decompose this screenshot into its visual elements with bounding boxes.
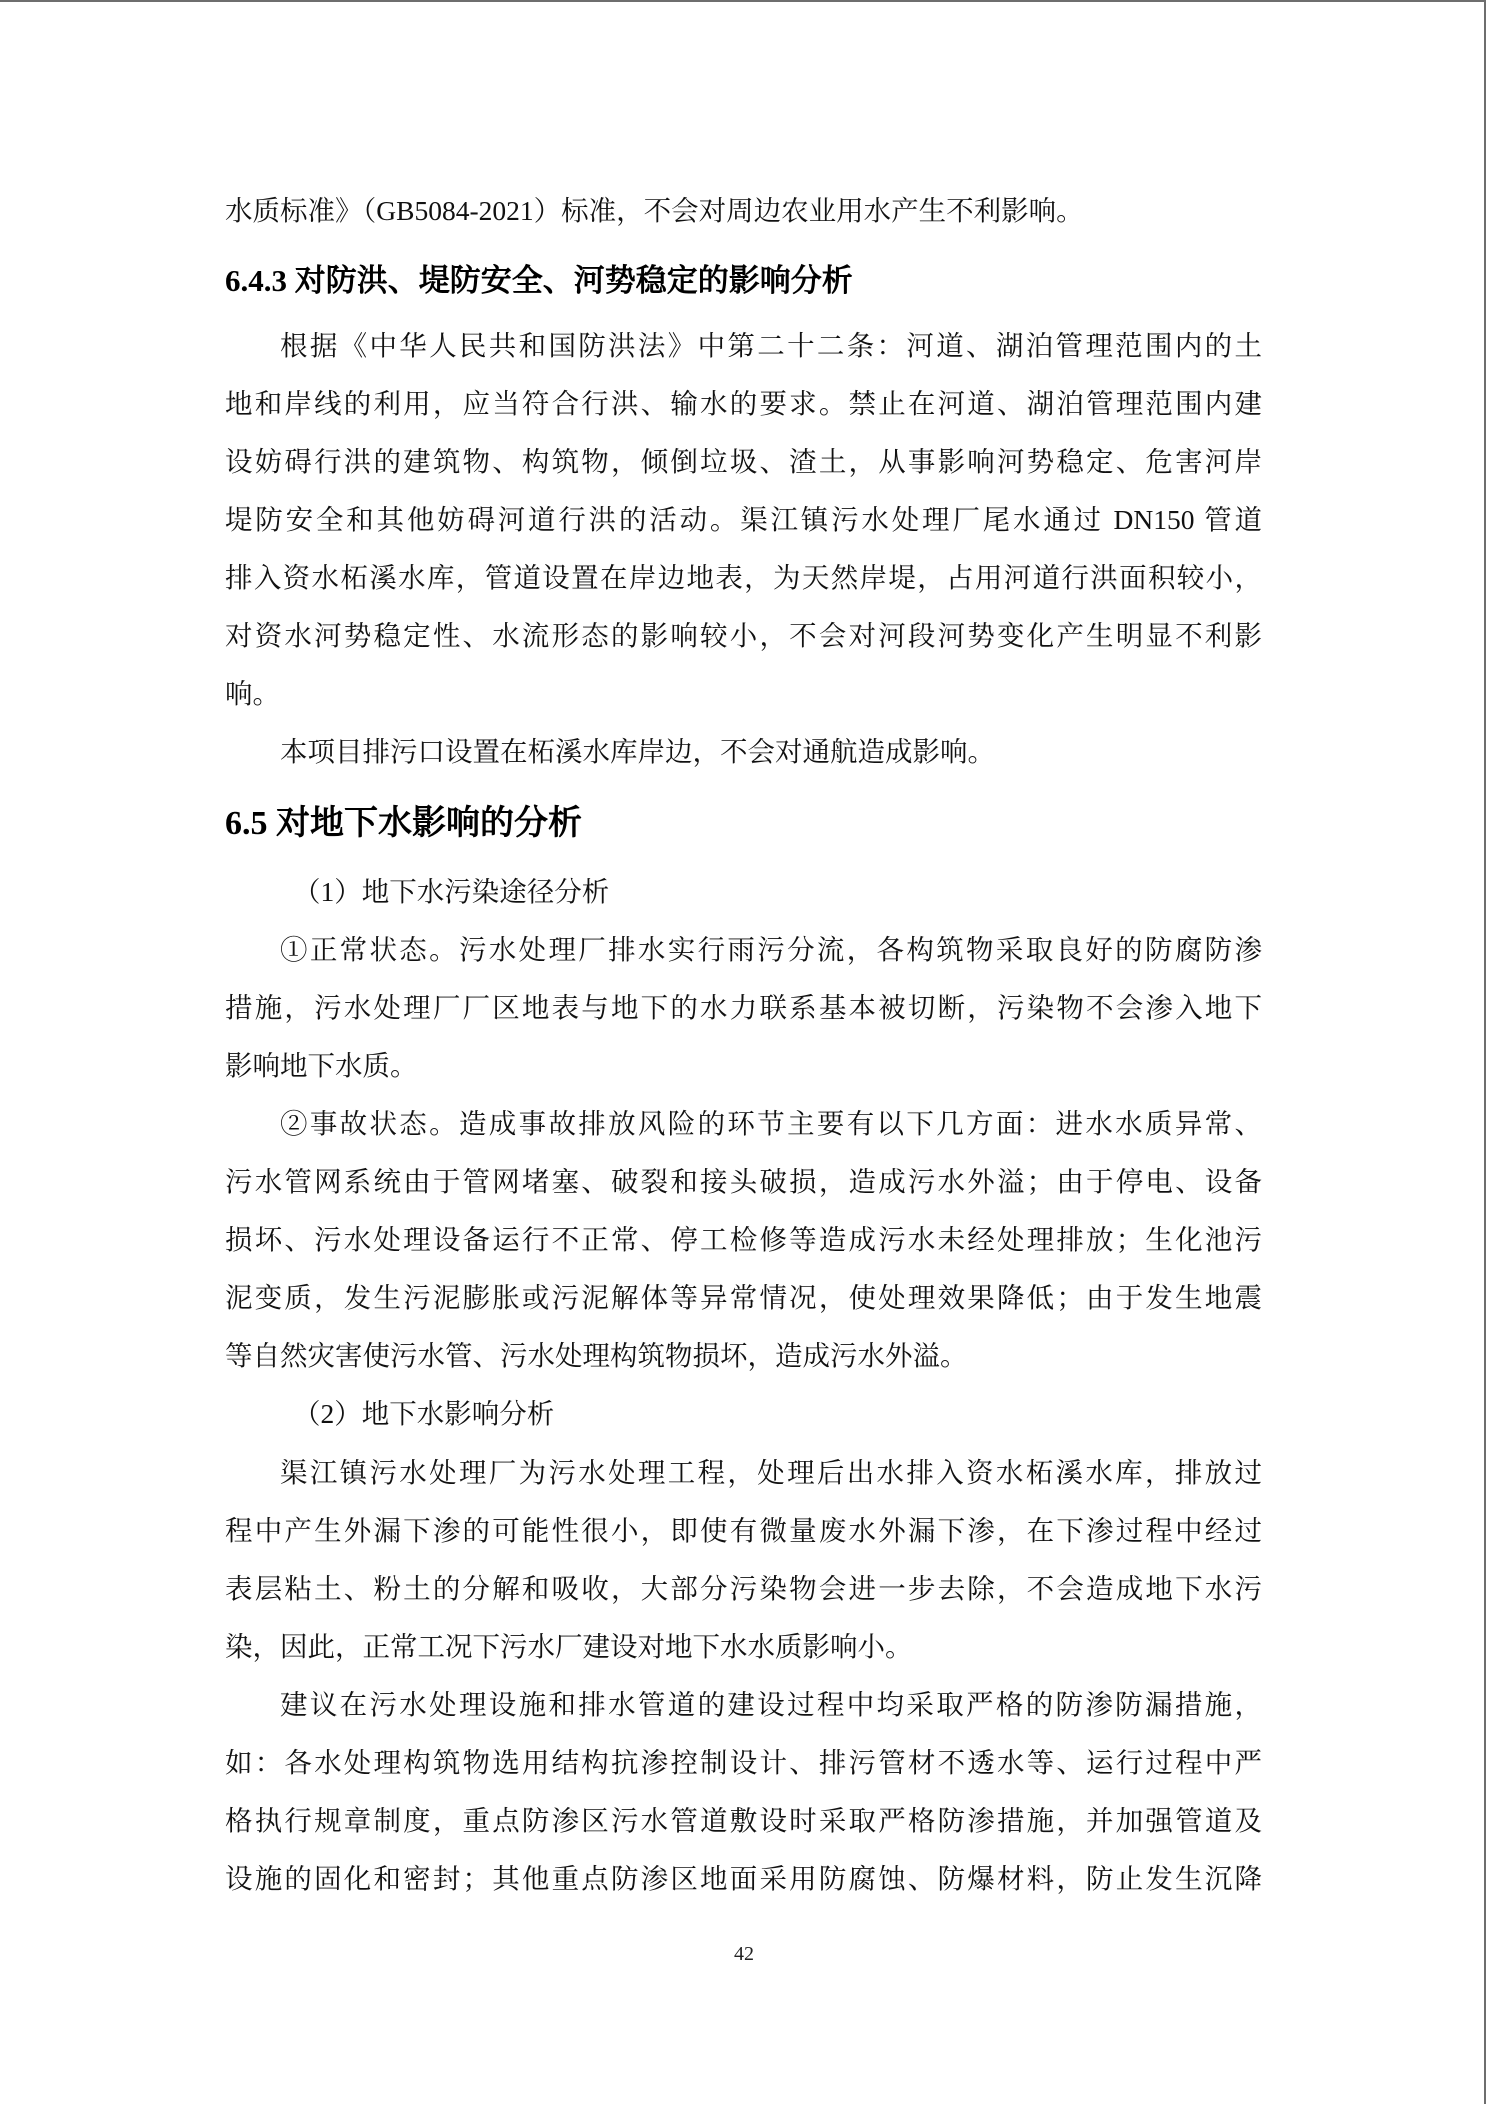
page-number: 42 [0,1942,1488,1966]
subheading-pollution-pathway: （1）地下水污染途径分析 [293,872,609,912]
body-text-line: 地和岸线的利用，应当符合行洪、输水的要求。禁止在河道、湖泊管理范围内建 [225,384,1262,424]
section-heading-6-5: 6.5 对地下水影响的分析 [225,800,582,848]
body-text-line: 根据《中华人民共和国防洪法》中第二十二条：河道、湖泊管理范围内的土 [280,326,1262,366]
body-text-line: 泥变质，发生污泥膨胀或污泥解体等异常情况，使处理效果降低；由于发生地震 [225,1278,1262,1318]
body-text-line: 设妨碍行洪的建筑物、构筑物，倾倒垃圾、渣土，从事影响河势稳定、危害河岸 [225,442,1262,482]
body-text-line: 本项目排污口设置在柘溪水库岸边，不会对通航造成影响。 [280,732,1262,772]
body-text-line: 染，因此，正常工况下污水厂建设对地下水水质影响小。 [225,1627,1262,1667]
body-text-line: 水质标准》（GB5084-2021）标准，不会对周边农业用水产生不利影响。 [225,191,1262,231]
body-text-line: 程中产生外漏下渗的可能性很小，即使有微量废水外漏下渗，在下渗过程中经过 [225,1511,1262,1551]
body-text-line: 渠江镇污水处理厂为污水处理工程，处理后出水排入资水柘溪水库，排放过 [280,1453,1262,1493]
document-page: 水质标准》（GB5084-2021）标准，不会对周边农业用水产生不利影响。 6.… [0,0,1486,2104]
section-heading-6-4-3: 6.4.3 对防洪、堤防安全、河势稳定的影响分析 [225,259,853,303]
subheading-groundwater-impact: （2）地下水影响分析 [293,1394,554,1434]
body-text-line: 如：各水处理构筑物选用结构抗渗控制设计、排污管材不透水等、运行过程中严 [225,1743,1262,1783]
body-text-line: 污水管网系统由于管网堵塞、破裂和接头破损，造成污水外溢；由于停电、设备 [225,1162,1262,1202]
body-text-line: 堤防安全和其他妨碍河道行洪的活动。渠江镇污水处理厂尾水通过 DN150 管道 [225,500,1262,540]
body-text-line: 对资水河势稳定性、水流形态的影响较小，不会对河段河势变化产生明显不利影 [225,616,1262,656]
body-text-line: ①正常状态。污水处理厂排水实行雨污分流，各构筑物采取良好的防腐防渗 [280,930,1262,970]
body-text-line: 措施，污水处理厂厂区地表与地下的水力联系基本被切断，污染物不会渗入地下 [225,988,1262,1028]
body-text-line: 表层粘土、粉土的分解和吸收，大部分污染物会进一步去除，不会造成地下水污 [225,1569,1262,1609]
body-text-line: 格执行规章制度，重点防渗区污水管道敷设时采取严格防渗措施，并加强管道及 [225,1801,1262,1841]
body-text-line: 影响地下水质。 [225,1046,1262,1086]
body-text-line: 设施的固化和密封；其他重点防渗区地面采用防腐蚀、防爆材料，防止发生沉降 [225,1859,1262,1899]
body-text-line: 响。 [225,674,1262,714]
body-text-line: 排入资水柘溪水库，管道设置在岸边地表，为天然岸堤，占用河道行洪面积较小， [225,558,1262,598]
body-text-line: 建议在污水处理设施和排水管道的建设过程中均采取严格的防渗防漏措施， [280,1685,1262,1725]
body-text-line: 等自然灾害使污水管、污水处理构筑物损坏，造成污水外溢。 [225,1336,1262,1376]
body-text-line: 损坏、污水处理设备运行不正常、停工检修等造成污水未经处理排放；生化池污 [225,1220,1262,1260]
body-text-line: ②事故状态。造成事故排放风险的环节主要有以下几方面：进水水质异常、 [280,1104,1262,1144]
